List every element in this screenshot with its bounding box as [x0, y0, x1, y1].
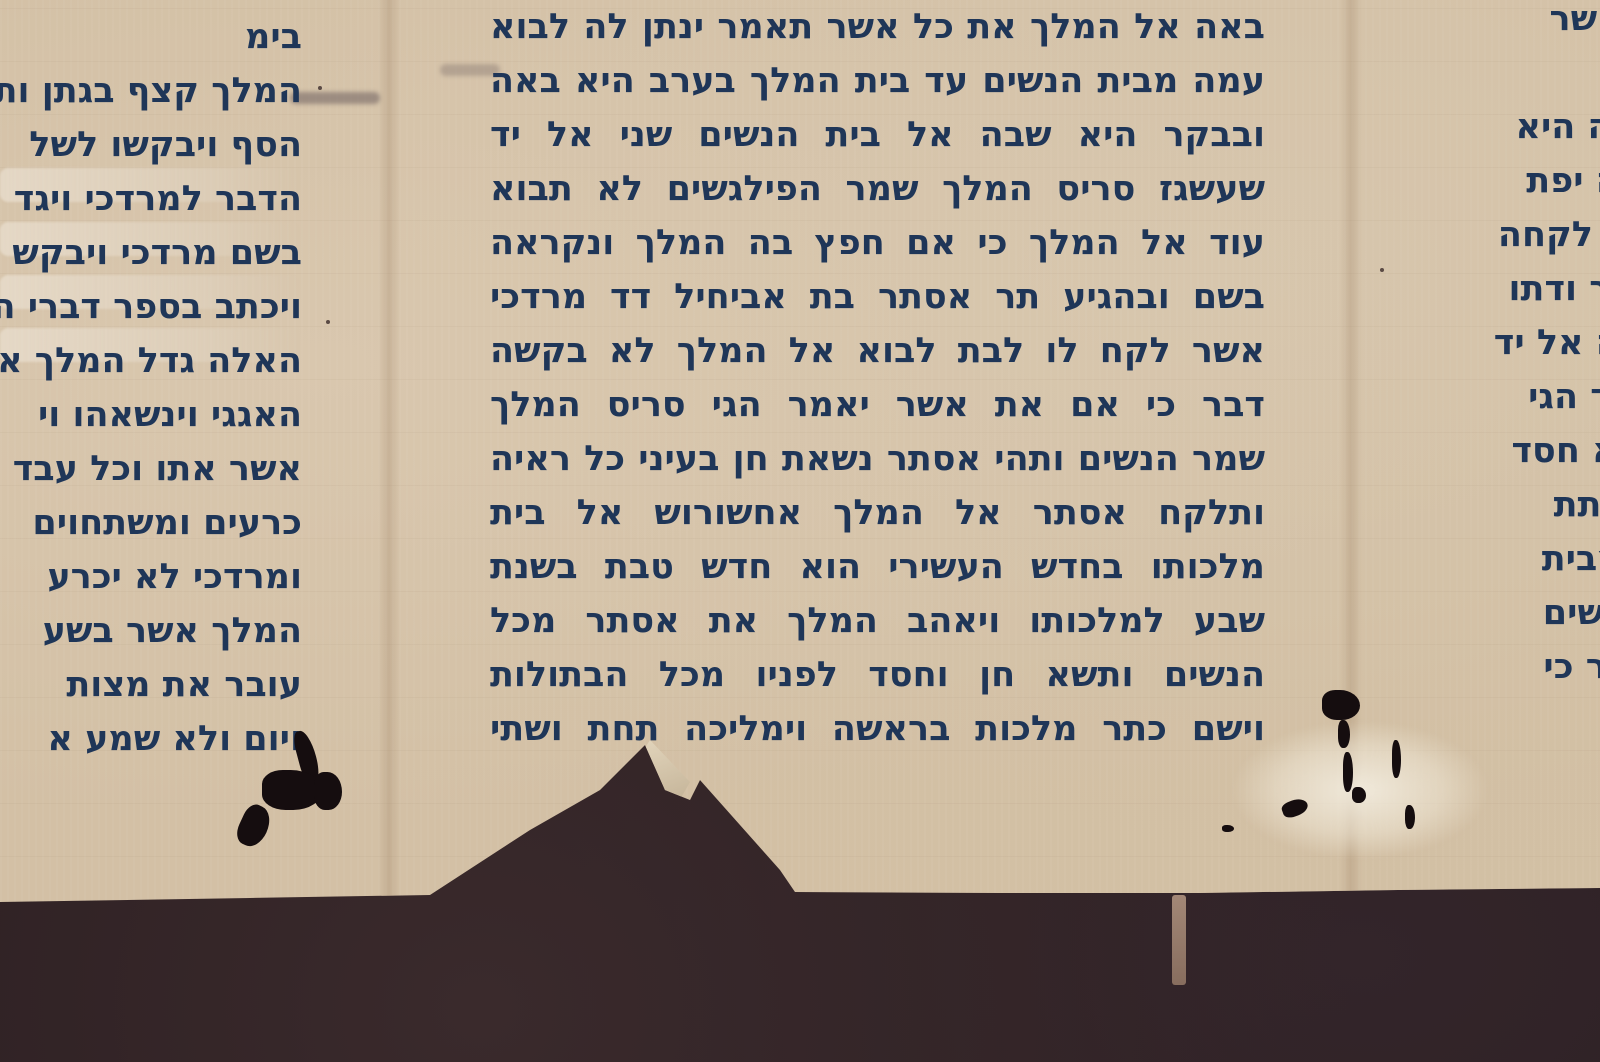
text-line: אמה לקחה [1420, 208, 1600, 262]
ink-speck [318, 86, 322, 90]
text-line: עובר את מצות [0, 658, 302, 712]
text-line: גדלה [1420, 46, 1600, 100]
text-line: דבר כי אם את אשר יאמר הגי סריס המלך [490, 378, 1265, 432]
text-column-right: לה אשר גדלה הדסה היא נערה יפת אמה לקחה ה… [1420, 0, 1600, 748]
text-line: המלך קצף בגתן ות [0, 64, 302, 118]
burn-hole-right-margin [1343, 752, 1353, 792]
burn-hole-right-margin [1392, 740, 1401, 778]
text-line: האלה גדל המלך א [0, 334, 302, 388]
text-line: עמה מבית הנשים עד בית המלך בערב היא באה [490, 54, 1265, 108]
burn-hole-right-margin [1222, 825, 1234, 832]
text-line: אל יד הגי [1420, 370, 1600, 424]
text-line: אסתר כי [1420, 640, 1600, 694]
text-column-main: באה אל המלך את כל אשר תאמר ינתן לה לבוא … [490, 0, 1265, 756]
burn-hole-right-margin [1338, 720, 1350, 748]
text-line: כרעים ומשתחוים [0, 496, 302, 550]
text-line: המלך אשר בשע [0, 604, 302, 658]
sheet-seam-left [378, 0, 400, 910]
text-line: הסף ויבקשו לשל [0, 118, 302, 172]
text-line: מלכותו בחדש העשירי הוא חדש טבת בשנת [490, 540, 1265, 594]
text-column-left: בימ המלך קצף בגתן ות הסף ויבקשו לשל הדבר… [0, 10, 302, 766]
text-line: ותשא חסד [1420, 424, 1600, 478]
text-line: שבע למלכותו ויאהב המלך את אסתר מכל [490, 594, 1265, 648]
text-line: עוד אל המלך כי אם חפץ בה המלך ונקראה [490, 216, 1265, 270]
text-line: שמר הנשים ותהי אסתר נשאת חן בעיני כל ראי… [490, 432, 1265, 486]
text-line: אשר אתו וכל עבד [0, 442, 302, 496]
text-line: לה לתת [1420, 478, 1600, 532]
burn-hole-right-margin [1352, 787, 1366, 803]
burn-hole-left-column [314, 772, 342, 810]
ink-speck [326, 320, 330, 324]
ink-speck [1380, 268, 1384, 272]
text-line: נערה אל יד [1420, 316, 1600, 370]
text-line: אשר לקח לו לבת לבוא אל המלך לא בקשה [490, 324, 1265, 378]
ink-smudge [290, 92, 380, 104]
text-line: לה מבית [1420, 532, 1600, 586]
text-line: הדסה היא [1420, 100, 1600, 154]
text-line: שעשגז סריס המלך שמר הפילגשים לא תבוא [490, 162, 1265, 216]
text-line: בימ [0, 10, 302, 64]
text-line: נערה יפת [1420, 154, 1600, 208]
text-line: ויכתב בספר דברי הימים [0, 280, 302, 334]
text-line: בשם מרדכי ויבקש ה [0, 226, 302, 280]
text-line: האגגי וינשאהו וי [0, 388, 302, 442]
text-line: המלך ודתו [1420, 262, 1600, 316]
text-line: הנשים ותשא חן וחסד לפניו מכל הבתולות [490, 648, 1265, 702]
text-line: לה אשר [1420, 0, 1600, 46]
text-line: הדבר למרדכי ויגד לא [0, 172, 302, 226]
text-line: ובבקר היא שבה אל בית הנשים שני אל יד [490, 108, 1265, 162]
text-line: ת הנשים [1420, 586, 1600, 640]
text-line: ויום ולא שמע א [0, 712, 302, 766]
burn-hole-right-margin [1405, 805, 1415, 829]
burn-hole-right-margin [1322, 690, 1360, 720]
text-line: ל יום [1420, 694, 1600, 748]
text-line: ומרדכי לא יכרע [0, 550, 302, 604]
paper-fragment-on-background [1172, 895, 1186, 985]
burn-hole-left-column [262, 770, 322, 810]
text-line: באה אל המלך את כל אשר תאמר ינתן לה לבוא [490, 0, 1265, 54]
text-line: בשם ובהגיע תר אסתר בת אביחיל דד מרדכי [490, 270, 1265, 324]
text-line: וישם כתר מלכות בראשה וימליכה תחת ושתי [490, 702, 1265, 756]
text-line: ותלקח אסתר אל המלך אחשורוש אל בית [490, 486, 1265, 540]
